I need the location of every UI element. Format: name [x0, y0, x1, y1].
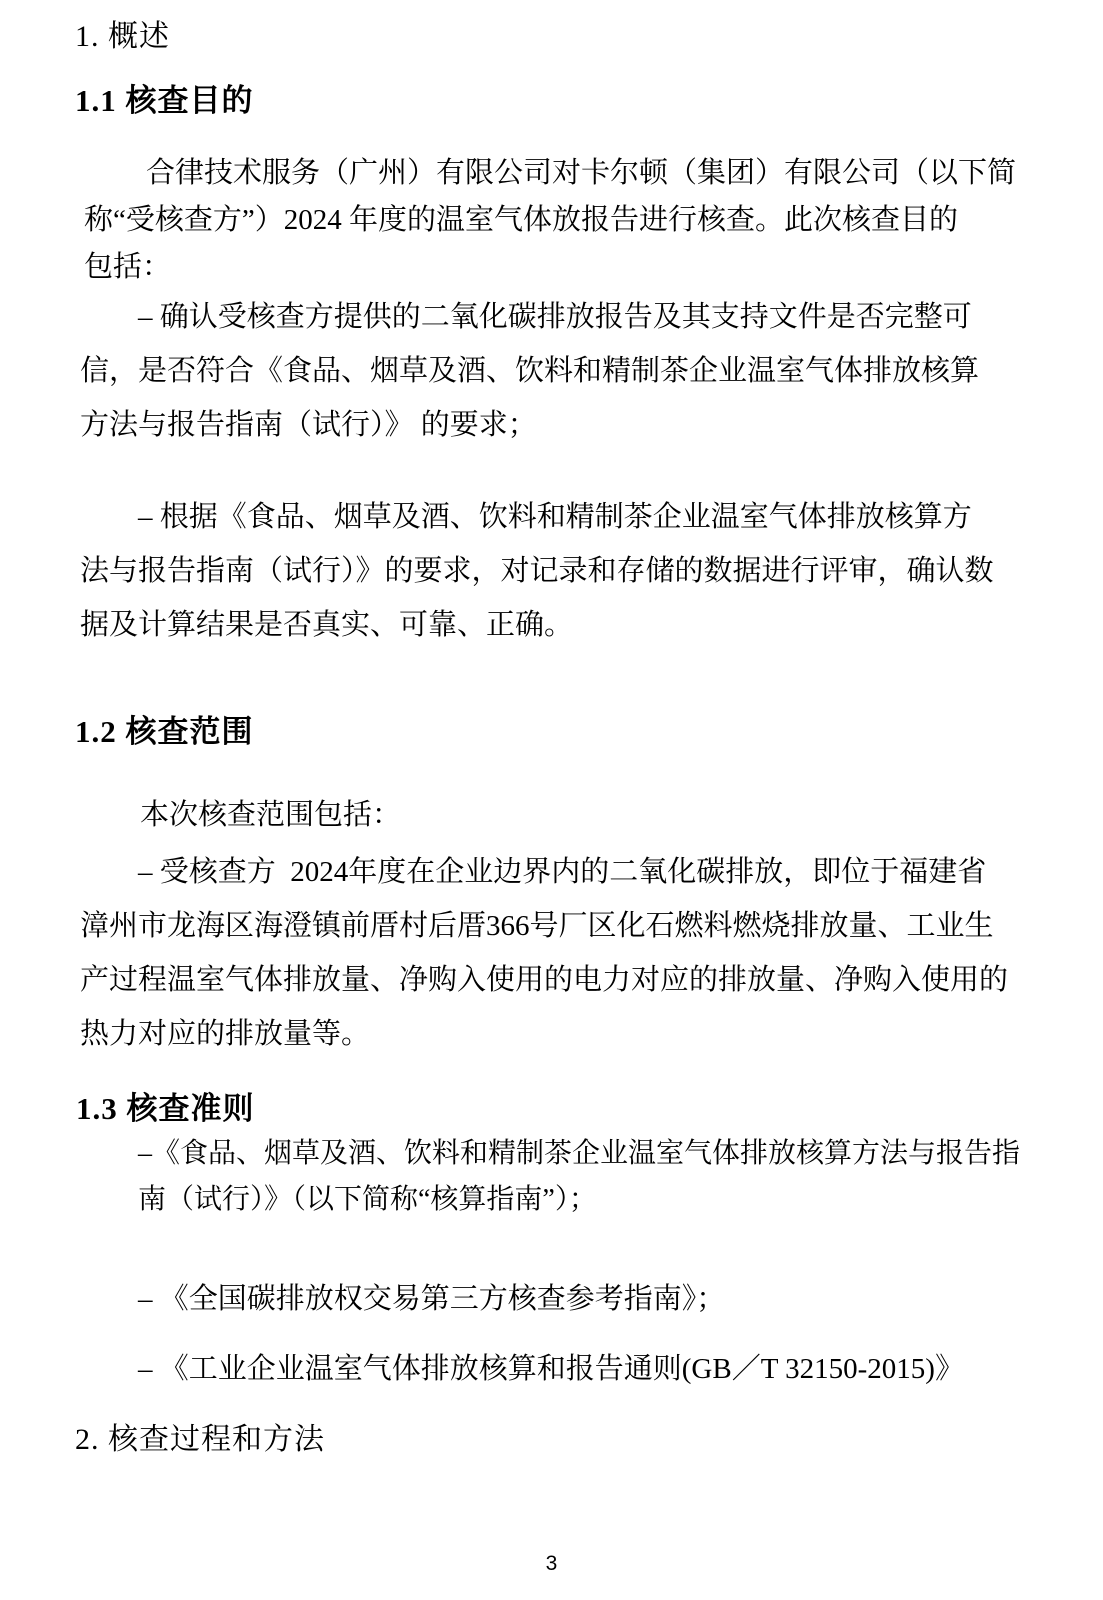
bullet-criteria-national-guide: – 《全国碳排放权交易第三方核查参考指南》； [138, 1276, 1078, 1322]
bullet-criteria-accounting-guideline: –《食品、烟草及酒、饮料和精制茶企业温室气体排放核算方法与报告指 南（试行）》（… [138, 1131, 1078, 1223]
document-page: 1. 概述 1.1 核查目的 合律技术服务（广州）有限公司对卡尔顿（集团）有限公… [0, 0, 1103, 1600]
heading-process-method: 2. 核查过程和方法 [75, 1414, 325, 1458]
heading-overview: 1. 概述 [75, 11, 170, 55]
bullet-purpose-data-review: – 根据《食品、烟草及酒、饮料和精制茶企业温室气体排放核算方 法与报告指南（试行… [80, 490, 1065, 652]
bullet-criteria-gbt32150: – 《工业企业温室气体排放核算和报告通则(GB／T 32150-2015)》 [138, 1346, 1078, 1392]
paragraph-scope-intro: 本次核查范围包括： [140, 792, 401, 833]
heading-verification-purpose: 1.1 核查目的 [75, 75, 254, 120]
bullet-scope-boundary: – 受核查方 2024年度在企业边界内的二氧化碳排放，即位于福建省 漳州市龙海区… [80, 845, 1065, 1061]
heading-verification-criteria: 1.3 核查准则 [76, 1083, 255, 1128]
bullet-purpose-completeness: – 确认受核查方提供的二氧化碳排放报告及其支持文件是否完整可 信，是否符合《食品… [80, 290, 1065, 452]
heading-verification-scope: 1.2 核查范围 [75, 706, 254, 751]
paragraph-purpose-intro: 合律技术服务（广州）有限公司对卡尔顿（集团）有限公司（以下简 称“受核查方”）2… [84, 150, 1064, 291]
page-number: 3 [0, 1552, 1103, 1576]
